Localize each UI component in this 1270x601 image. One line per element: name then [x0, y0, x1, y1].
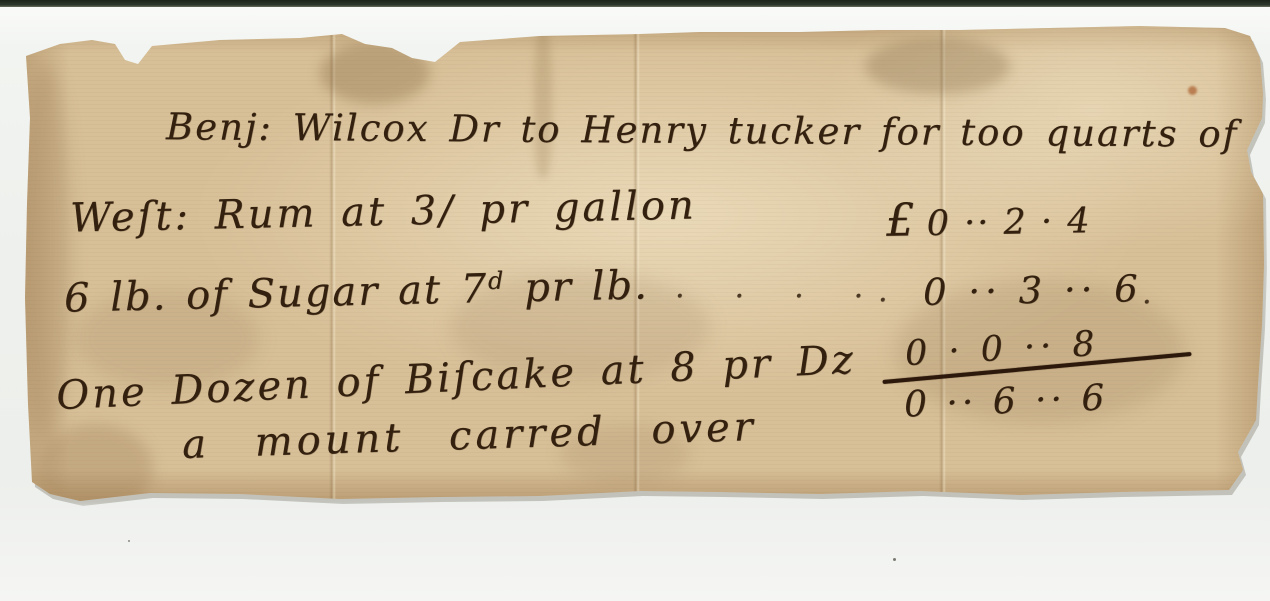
amount-sugar-post-dot: ·	[1142, 288, 1152, 318]
fold-crease	[939, 24, 946, 502]
item-sugar-text: 6 lb. of Sugar at 7	[64, 266, 489, 322]
background-speck	[893, 558, 896, 561]
stain	[534, 28, 552, 178]
superscript-d: d	[488, 267, 506, 295]
item-rum: Weſt: Rum at 3/ pr gallon	[70, 185, 697, 238]
amount-sugar-pre-dot: ·	[878, 286, 888, 316]
foxing-spot	[1188, 86, 1197, 95]
amount-rum-value: 0 ·· 2 · 4	[926, 201, 1091, 244]
header-line: Benj: Wilcox Dr to Henry tucker for too …	[166, 108, 1239, 152]
background-speck	[128, 540, 130, 542]
stain	[320, 42, 430, 104]
item-sugar-unit: pr lb.	[505, 262, 649, 311]
scanner-edge-strip	[0, 0, 1270, 7]
total-amount: 0 ·· 6 ·· 6	[903, 380, 1108, 423]
amount-sugar: 0 ·· 3 ·· 6	[923, 270, 1143, 311]
stain	[865, 38, 1010, 94]
amount-rum: £0 ·· 2 · 4	[886, 194, 1092, 243]
scanned-receipt-scene: Benj: Wilcox Dr to Henry tucker for too …	[0, 0, 1270, 601]
receipt-paper: Benj: Wilcox Dr to Henry tucker for too …	[20, 24, 1265, 502]
pound-sign: £	[886, 193, 918, 247]
